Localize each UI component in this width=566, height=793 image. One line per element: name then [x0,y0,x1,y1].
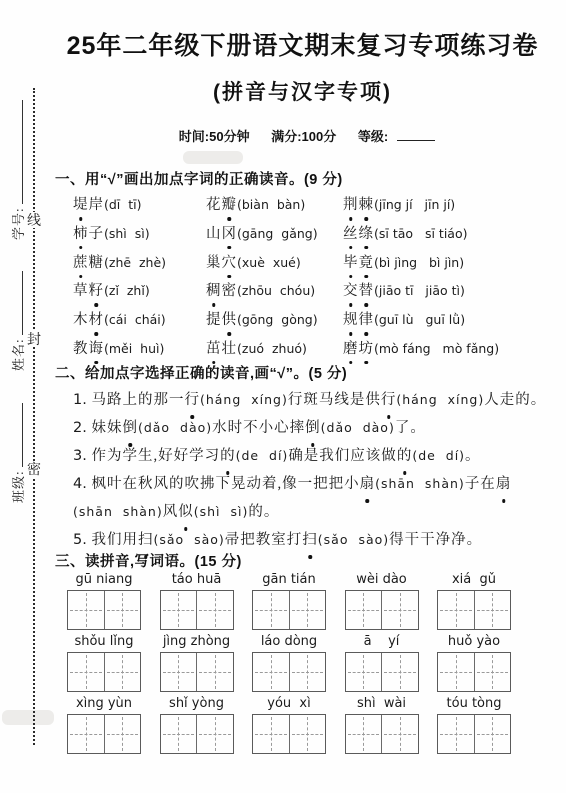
writing-cell [161,591,197,629]
sentence-text: 子在 [465,476,496,492]
word-hanzi: 柿子 [73,226,104,242]
hanzi-char: 毕 [343,252,359,274]
writing-grid [345,714,419,754]
section3-grid: gū niangtáo huāgān tiánwèi dàoxiá gǔshǒu… [66,572,512,758]
hanzi-char: 柿 [73,223,89,245]
word-hanzi: 提供 [206,312,237,328]
writing-cell [289,715,326,753]
pinyin-options: (shān shàn) [73,504,163,519]
pinyin-options: (biàn bàn) [237,197,305,212]
writing-cell [196,591,233,629]
seal-dashed-line [33,88,35,745]
word-grid-group: gān tián [251,572,327,630]
hanzi-char: 草 [73,283,89,299]
hanzi-char: 蔗 [73,252,89,274]
hanzi-char: 教 [73,341,89,357]
seal-char-feng: 封 [26,331,42,347]
hanzi-char: 子 [89,226,105,242]
word-item: 茁壮(zuó zhuó) [206,338,343,360]
word-item: 磨坊(mò fáng mò fǎng) [343,338,562,360]
hanzi-char: 巢 [206,255,222,271]
scan-smudge [183,151,243,164]
writing-cell [68,715,104,753]
pinyin-options: (de dí) [236,448,289,463]
writing-grid [437,714,511,754]
hanzi-char: 山 [206,226,222,242]
word-grid-group: shǐ yòng [159,696,235,754]
writing-cell [474,591,511,629]
item-number: 2. [73,420,91,436]
pinyin-label: gān tián [251,572,327,588]
pinyin-options: (shì sì) [104,226,150,241]
word-item: 丝绦(sī tāo sī tiáo) [343,223,562,245]
writing-cell [438,653,474,691]
section3-heading: 三、读拼音,写词语。(15 分) [55,550,562,571]
word-grid-group: tóu tòng [436,696,512,754]
hanzi-char: 竟 [359,252,375,274]
pinyin-options: (jīng jí jīn jí) [374,197,455,212]
sentence-text: 。 [465,448,481,464]
word-item: 柿子(shì sì) [73,223,206,245]
word-item: 教诲(měi huì) [73,338,206,360]
sentence-text: 得干干净净。 [389,532,482,548]
item-number: 3. [73,448,91,464]
hanzi-char: 花 [206,197,222,213]
grid-row: xìng yùnshǐ yòngyóu xìshì wàitóu tòng [66,696,512,754]
student-id-field: 学号: [7,100,27,240]
writing-cell [104,653,141,691]
pinyin-options: (zuó zhuó) [237,341,307,356]
exam-info-line: 时间:50分钟 满分:100分 等级: [45,126,560,145]
hanzi-char: 荆 [343,194,359,216]
writing-cell [474,653,511,691]
pinyin-options: (shān shàn) [375,476,465,491]
pinyin-label: huǒ yào [436,634,512,650]
writing-grid [437,590,511,630]
writing-cell [381,653,418,691]
word-hanzi: 堤岸 [73,197,104,213]
time-info: 时间:50分钟 [179,129,250,144]
sentence-item: 3. 作为学生,好好学习的(de dí)确是我们应该做的(de dí)。 [73,442,562,470]
pinyin-label: xiá gǔ [436,572,512,588]
hanzi-char: 提 [206,312,222,328]
pinyin-label: ā yí [344,634,420,650]
writing-grid [67,714,141,754]
grade-label: 等级: [358,129,388,144]
hanzi-char: 丝 [343,223,359,245]
hanzi-char: 交 [343,280,359,302]
pinyin-options: (sǎo sào) [153,532,224,547]
pinyin-options: (měi huì) [104,341,164,356]
pinyin-options: (zhōu chóu) [237,283,315,298]
hanzi-char: 壮 [222,341,238,357]
pinyin-options: (de dí) [412,448,465,463]
writing-cell [104,591,141,629]
writing-cell [289,591,326,629]
sentence-text: 马路上的那一 [91,392,184,408]
word-hanzi: 教诲 [73,341,104,357]
pinyin-label: shǐ yòng [159,696,235,712]
sentence-item: 4. 枫叶在秋风的吹拂下晃动着,像一把把小扇(shān shàn)子在扇(shā… [73,470,562,526]
writing-cell [68,591,104,629]
writing-grid [345,590,419,630]
writing-grid [160,714,234,754]
dotted-char: 倒 [122,415,138,442]
sentence-text: 水时不小心摔 [212,420,305,436]
pinyin-label: láo dòng [251,634,327,650]
pinyin-label: gū niang [66,572,142,588]
grid-row: shǒu lǐngjìng zhòngláo dòngā yíhuǒ yào [66,634,512,692]
section1-heading: 一、用“√”画出加点字词的正确读音。(9 分) [55,168,562,189]
pinyin-options: (háng xíng) [200,392,288,407]
writing-cell [346,715,382,753]
hanzi-char: 材 [89,309,105,331]
word-item: 蔗糖(zhē zhè) [73,252,206,274]
sentence-text: 确是我们应该做 [288,448,397,464]
word-item: 规律(guī lù guī lǜ) [343,309,562,331]
word-hanzi: 规律 [343,312,374,328]
hanzi-char: 糖 [89,255,105,271]
word-hanzi: 丝绦 [343,226,374,242]
pinyin-label: shǒu lǐng [66,634,142,650]
hanzi-char: 磨 [343,338,359,360]
dotted-char: 扇 [360,471,376,498]
hanzi-char: 坊 [359,338,375,360]
pinyin-options: (zǐ zhǐ) [104,283,150,298]
writing-grid [160,652,234,692]
page-subtitle: (拼音与汉字专项) [45,76,560,106]
sentence-text: 行斑马线是供 [288,392,381,408]
pinyin-options: (guī lù guī lǜ) [374,312,465,327]
pinyin-options: (dī tī) [104,197,141,212]
student-id-label: 学号: [8,207,27,240]
hanzi-char: 绦 [359,223,375,245]
hanzi-char: 瓣 [222,194,238,216]
writing-grid [67,652,141,692]
hanzi-char: 稠 [206,280,222,302]
word-hanzi: 木材 [73,312,104,328]
writing-cell [68,653,104,691]
word-hanzi: 交替 [343,283,374,299]
pinyin-label: tóu tòng [436,696,512,712]
word-grid-group: shì wài [344,696,420,754]
item-number: 5. [73,532,91,548]
sentence-text: 作为学生,好好学习 [91,448,220,464]
dotted-char: 行 [184,387,200,414]
writing-grid [252,652,326,692]
writing-cell [381,591,418,629]
score-info: 满分:100分 [271,129,336,144]
word-item: 毕竟(bì jìng bì jìn) [343,252,562,274]
sentence-item: 1. 马路上的那一行(háng xíng)行斑马线是供行(háng xíng)人… [73,386,562,414]
writing-cell [346,653,382,691]
pinyin-options: (háng xíng) [396,392,484,407]
hanzi-char: 供 [222,309,238,331]
writing-grid [437,652,511,692]
word-item: 交替(jiāo tī jiāo tì) [343,280,562,302]
hanzi-char: 籽 [89,280,105,302]
writing-cell [161,715,197,753]
word-hanzi: 稠密 [206,283,237,299]
word-grid-group: láo dòng [251,634,327,692]
dotted-char: 的 [220,443,236,470]
class-blank [11,403,23,467]
dotted-char: 的 [397,443,413,470]
word-item: 山冈(gāng gǎng) [206,223,343,245]
pinyin-options: (gāng gǎng) [237,226,318,241]
pinyin-options: (dǎo dào) [138,420,212,435]
writing-grid [160,590,234,630]
word-item: 稠密(zhōu chóu) [206,280,343,302]
hanzi-char: 茁 [206,338,222,360]
writing-cell [474,715,511,753]
pinyin-options: (jiāo tī jiāo tì) [374,283,465,298]
sentence-text: 的。 [248,504,279,520]
sentence-text: 帚把教室打 [225,532,303,548]
hanzi-char: 规 [343,309,359,331]
pinyin-options: (dǎo dào) [321,420,395,435]
dotted-char: 倒 [305,415,321,442]
writing-cell [161,653,197,691]
hanzi-char: 穴 [222,252,238,274]
section2-items: 1. 马路上的那一行(háng xíng)行斑马线是供行(háng xíng)人… [73,386,562,554]
pinyin-label: jìng zhòng [159,634,235,650]
pinyin-options: (cái chái) [104,312,166,327]
word-grid-group: jìng zhòng [159,634,235,692]
item-number: 4. [73,476,91,492]
scan-smudge [2,710,54,725]
sentence-text: 妹妹 [91,420,122,436]
writing-cell [104,715,141,753]
class-field: 班级: [7,403,27,503]
sentence-text: 风 [163,504,179,520]
word-grid-group: wèi dào [344,572,420,630]
hanzi-char: 岸 [89,197,105,213]
section2-heading: 二、给加点字选择正确的读音,画“√”。(5 分) [55,362,562,383]
section1-items: 堤岸(dī tī)花瓣(biàn bàn)荆棘(jīng jí jīn jí)柿… [73,194,562,367]
word-item: 提供(gōng gòng) [206,309,343,331]
writing-cell [346,591,382,629]
hanzi-char: 棘 [359,194,375,216]
writing-cell [196,715,233,753]
hanzi-char: 替 [359,280,375,302]
pinyin-label: xìng yùn [66,696,142,712]
hanzi-char: 诲 [89,338,105,360]
item-number: 1. [73,392,91,408]
hanzi-char: 律 [359,309,375,331]
word-hanzi: 山冈 [206,226,237,242]
word-grid-group: shǒu lǐng [66,634,142,692]
word-grid-group: xìng yùn [66,696,142,754]
pinyin-label: táo huā [159,572,235,588]
pinyin-label: shì wài [344,696,420,712]
sentence-item: 2. 妹妹倒(dǎo dào)水时不小心摔倒(dǎo dào)了。 [73,414,562,442]
seal-char-xian: 线 [26,212,42,228]
dotted-char: 行 [381,387,397,414]
writing-cell [438,715,474,753]
word-hanzi: 磨坊 [343,341,374,357]
student-name-label: 姓名: [8,338,27,371]
dotted-char: 扇 [496,471,512,498]
writing-cell [438,591,474,629]
word-item: 巢穴(xuè xué) [206,252,343,274]
grid-row: gū niangtáo huāgān tiánwèi dàoxiá gǔ [66,572,512,630]
word-item: 堤岸(dī tī) [73,194,206,216]
word-grid-group: ā yí [344,634,420,692]
word-item: 草籽(zǐ zhǐ) [73,280,206,302]
word-hanzi: 荆棘 [343,197,374,213]
hanzi-char: 冈 [222,223,238,245]
pinyin-options: (gōng gòng) [237,312,318,327]
writing-grid [67,590,141,630]
word-grid-group: xiá gǔ [436,572,512,630]
pinyin-options: (xuè xué) [237,255,301,270]
word-hanzi: 毕竟 [343,255,374,271]
sentence-text: 我们用 [91,532,138,548]
hanzi-char: 木 [73,312,89,328]
sentence-text: 枫叶在秋风的吹拂下晃动着,像一把把小 [91,476,359,492]
writing-cell [253,653,289,691]
student-id-blank [11,100,23,204]
writing-grid [252,590,326,630]
word-grid-group: huǒ yào [436,634,512,692]
word-item: 木材(cái chái) [73,309,206,331]
writing-cell [289,653,326,691]
word-grid-group: gū niang [66,572,142,630]
pinyin-options: (sī tāo sī tiáo) [374,226,467,241]
student-name-field: 姓名: [7,271,27,371]
sentence-text: 人走的。 [484,392,546,408]
writing-cell [196,653,233,691]
word-hanzi: 巢穴 [206,255,237,271]
word-grid-group: táo huā [159,572,235,630]
hanzi-char: 堤 [73,194,89,216]
writing-grid [345,652,419,692]
word-item: 荆棘(jīng jí jīn jí) [343,194,562,216]
word-hanzi: 茁壮 [206,341,237,357]
writing-cell [253,715,289,753]
pinyin-options: (bì jìng bì jìn) [374,255,464,270]
page-title: 25年二年级下册语文期末复习专项练习卷 [45,26,560,62]
pinyin-label: yóu xì [251,696,327,712]
writing-cell [381,715,418,753]
writing-cell [253,591,289,629]
dotted-char: 似 [178,499,194,526]
seal-char-mi: 密 [26,461,42,477]
pinyin-options: (sǎo sào) [318,532,389,547]
word-hanzi: 草籽 [73,283,104,299]
pinyin-options: (zhē zhè) [104,255,166,270]
writing-grid [252,714,326,754]
pinyin-options: (mò fáng mò fǎng) [374,341,499,356]
pinyin-label: wèi dào [344,572,420,588]
word-item: 花瓣(biàn bàn) [206,194,343,216]
word-grid-group: yóu xì [251,696,327,754]
student-name-blank [11,271,23,335]
word-hanzi: 蔗糖 [73,255,104,271]
sentence-text: 了。 [395,420,426,436]
class-label: 班级: [8,470,27,503]
word-hanzi: 花瓣 [206,197,237,213]
pinyin-options: (shì sì) [194,504,249,519]
hanzi-char: 密 [222,283,238,299]
grade-blank [397,128,435,141]
